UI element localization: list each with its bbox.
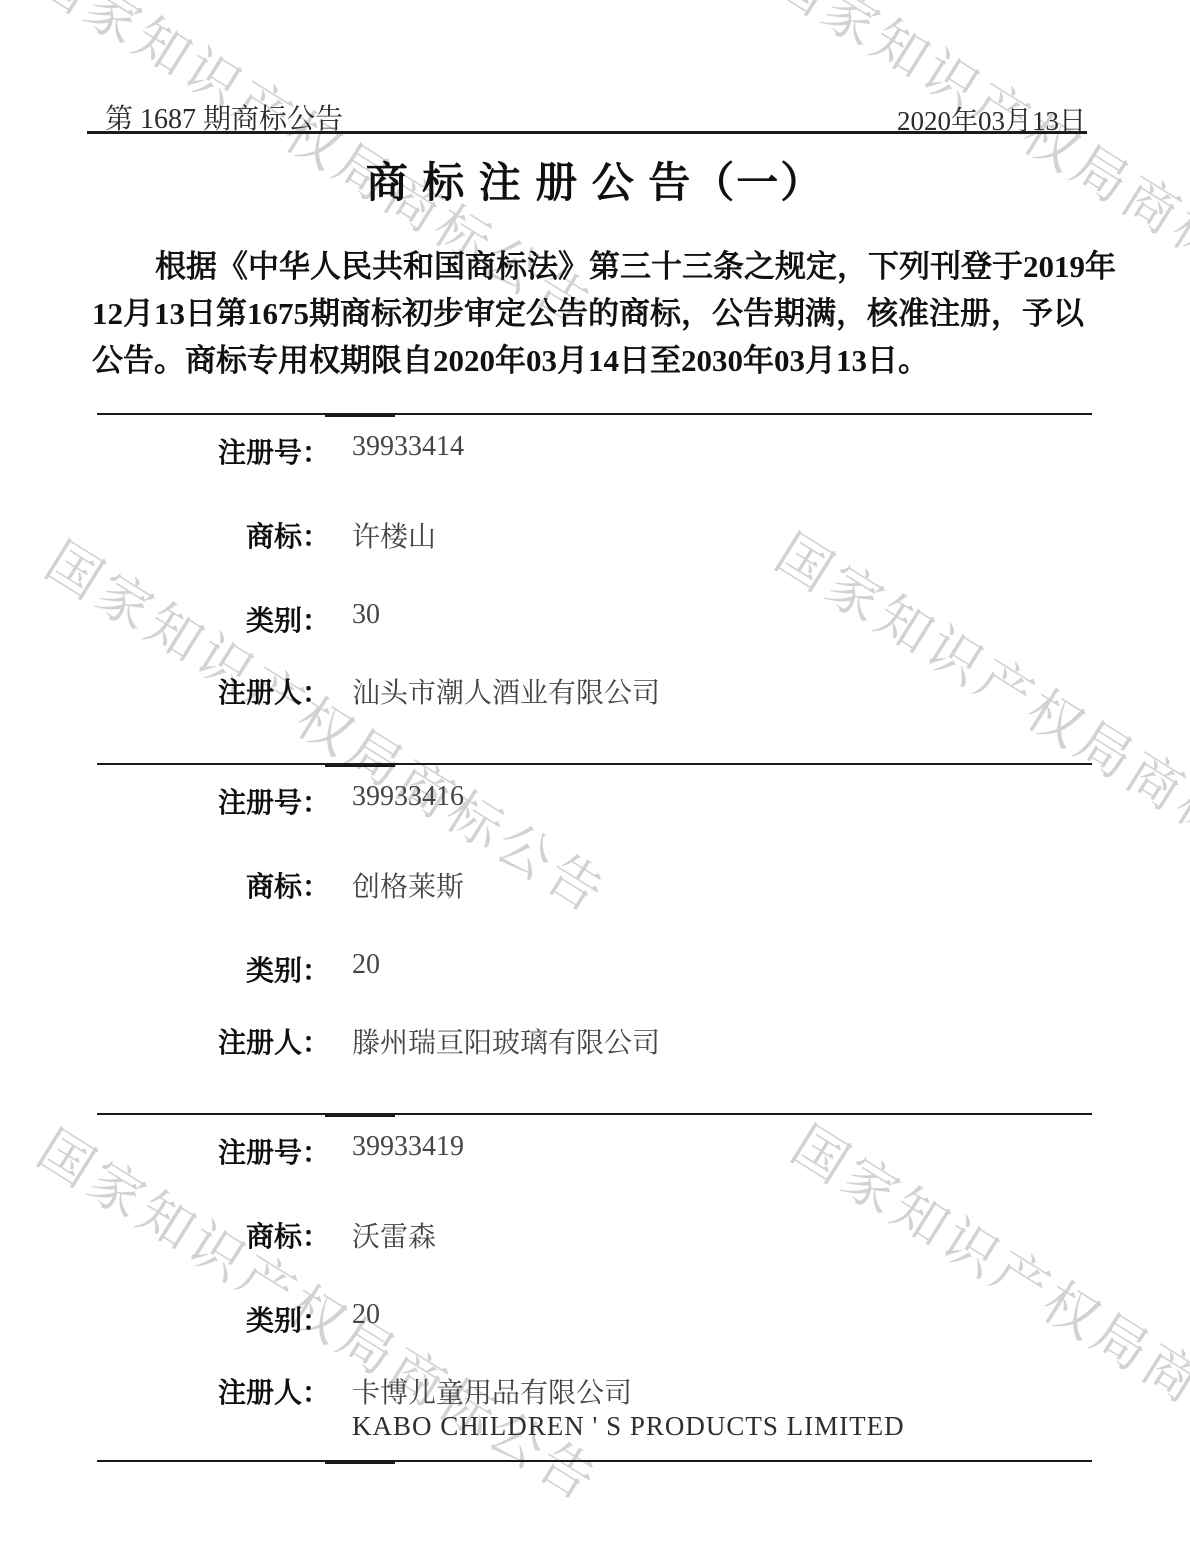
page-title: 商 标 注 册 公 告（一） — [0, 150, 1190, 210]
category-label: 类别： — [100, 599, 330, 639]
trademark-entry: 注册号： 39933416 商标： 创格莱斯 类别： 20 注册人： 滕州瑞亘阳… — [0, 763, 1190, 1113]
reg-no-value: 39933416 — [352, 781, 464, 813]
reg-no-value: 39933419 — [352, 1131, 464, 1163]
field-row-category: 类别： 20 — [0, 1299, 1190, 1339]
field-row-trademark: 商标： 沃雷森 — [0, 1215, 1190, 1255]
trademark-label: 商标： — [100, 515, 330, 555]
trademark-value: 许楼山 — [352, 515, 436, 555]
gazette-page: 国家知识产权局商标公告 国家知识产权局商标公告 国家知识产权局商标公告 国家知识… — [0, 0, 1190, 1564]
trademark-label: 商标： — [100, 1215, 330, 1255]
field-row-registrant: 注册人： 卡博儿童用品有限公司 — [0, 1371, 1190, 1411]
registrant-label: 注册人： — [100, 1021, 330, 1061]
field-row-category: 类别： 30 — [0, 599, 1190, 639]
intro-line: 12月13日第1675期商标初步审定公告的商标，公告期满，核准注册，予以 — [92, 290, 1100, 337]
separator-line — [97, 1460, 1092, 1462]
field-row-reg-no: 注册号： 39933419 — [0, 1131, 1190, 1171]
trademark-entry: 注册号： 39933414 商标： 许楼山 类别： 30 注册人： 汕头市潮人酒… — [0, 413, 1190, 763]
field-row-category: 类别： 20 — [0, 949, 1190, 989]
registrant-label: 注册人： — [100, 1371, 330, 1411]
field-row-registrant: 注册人： 滕州瑞亘阳玻璃有限公司 — [0, 1021, 1190, 1061]
category-label: 类别： — [100, 949, 330, 989]
header-rule — [87, 131, 1087, 134]
category-label: 类别： — [100, 1299, 330, 1339]
reg-no-value: 39933414 — [352, 431, 464, 463]
registrant-value: 滕州瑞亘阳玻璃有限公司 — [352, 1021, 660, 1061]
intro-line: 根据《中华人民共和国商标法》第三十三条之规定，下列刊登于2019年 — [92, 243, 1100, 290]
category-value: 30 — [352, 599, 380, 631]
entries-section: 注册号： 39933414 商标： 许楼山 类别： 30 注册人： 汕头市潮人酒… — [0, 413, 1190, 1564]
category-value: 20 — [352, 1299, 380, 1331]
field-row-reg-no: 注册号： 39933416 — [0, 781, 1190, 821]
intro-line: 公告。商标专用权期限自2020年03月14日至2030年03月13日。 — [92, 337, 1100, 384]
registrant-label: 注册人： — [100, 671, 330, 711]
registrant-en-value: KABO CHILDREN ' S PRODUCTS LIMITED — [352, 1411, 905, 1442]
field-row-trademark: 商标： 创格莱斯 — [0, 865, 1190, 905]
registrant-value: 汕头市潮人酒业有限公司 — [352, 671, 660, 711]
reg-no-label: 注册号： — [100, 781, 330, 821]
trademark-entry: 注册号： 39933419 商标： 沃雷森 类别： 20 注册人： 卡博儿童用品… — [0, 1113, 1190, 1463]
reg-no-label: 注册号： — [100, 1131, 330, 1171]
field-row-trademark: 商标： 许楼山 — [0, 515, 1190, 555]
category-value: 20 — [352, 949, 380, 981]
trademark-label: 商标： — [100, 865, 330, 905]
field-row-registrant: 注册人： 汕头市潮人酒业有限公司 — [0, 671, 1190, 711]
trademark-value: 沃雷森 — [352, 1215, 436, 1255]
reg-no-label: 注册号： — [100, 431, 330, 471]
registrant-value: 卡博儿童用品有限公司 — [352, 1371, 632, 1411]
trademark-value: 创格莱斯 — [352, 865, 464, 905]
field-row-reg-no: 注册号： 39933414 — [0, 431, 1190, 471]
intro-paragraph: 根据《中华人民共和国商标法》第三十三条之规定，下列刊登于2019年 12月13日… — [92, 243, 1100, 384]
